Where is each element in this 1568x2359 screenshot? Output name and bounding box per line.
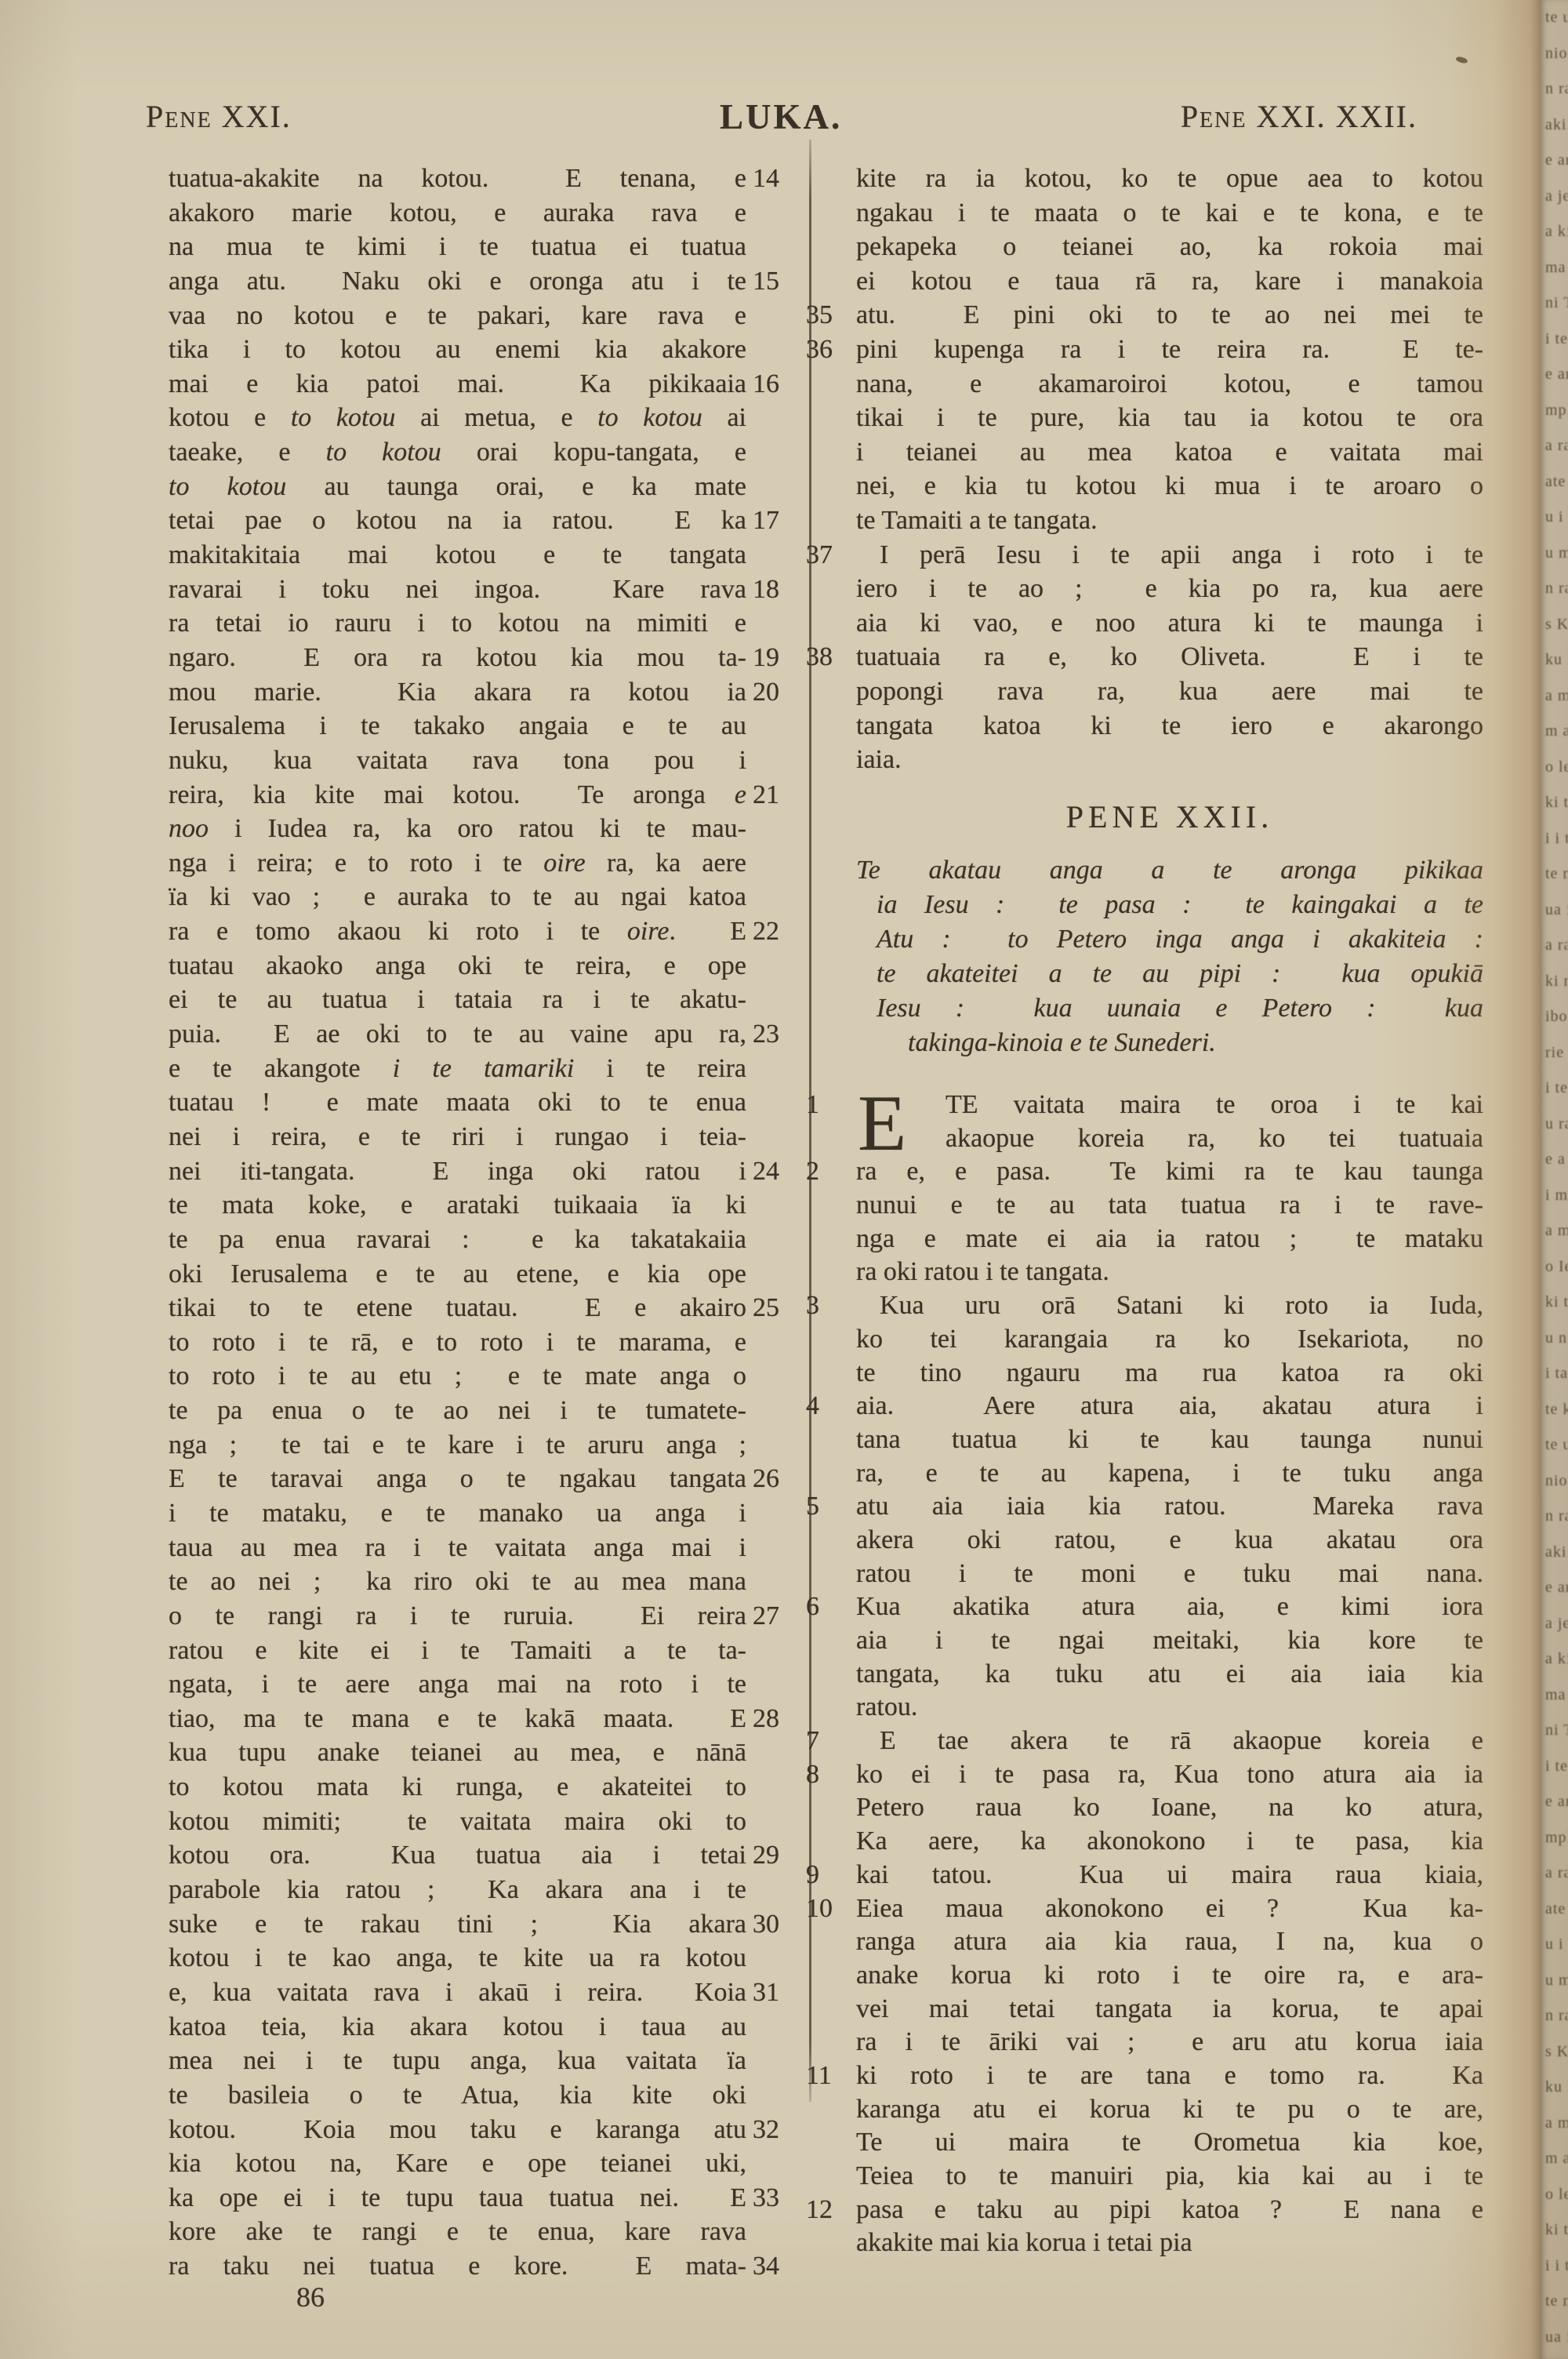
verse-number: 16 xyxy=(753,367,809,402)
text-line: ka ope ei i te tupu taua tuatua nei. E33 xyxy=(169,2181,746,2215)
fore-edge-text-fragment: u ra xyxy=(1540,1107,1568,1143)
verse-number: 31 xyxy=(753,1976,809,2010)
verse-number: 1 xyxy=(806,1089,845,1122)
text-line: anake korua ki roto i te oire ra, e ara- xyxy=(856,1959,1483,1993)
fore-edge-text-fragment: u i te xyxy=(1540,500,1568,536)
text-line: to roto i te au etu ; e te mate anga o xyxy=(169,1359,746,1394)
text-line: aia i te ngai meitaki, kia kore te xyxy=(856,1624,1483,1658)
verse-number: 38 xyxy=(806,640,845,674)
verse-number: 4 xyxy=(806,1390,845,1423)
verse-number: 19 xyxy=(753,641,809,675)
fore-edge-text-fragment: te m xyxy=(1540,2284,1568,2320)
fore-edge-text-fragment: a jera xyxy=(1540,179,1568,215)
verse-number: 7 xyxy=(806,1725,845,1758)
fore-edge-text-fragment: te m xyxy=(1540,856,1568,892)
text-line: reira, kia kite mai kotou. Te aronga e21 xyxy=(169,778,746,812)
fore-edge-text-fragment: te u xyxy=(1540,1427,1568,1463)
fore-edge-text-fragment: o le xyxy=(1540,750,1568,786)
verse-number: 10 xyxy=(806,1892,845,1926)
text-line: vei mai tetai tangata ia korua, te apai xyxy=(856,1993,1483,2026)
running-header-right: Pene XXI. XXII. xyxy=(1181,97,1417,136)
text-line: kotou mimiti; te vaitata maira oki to xyxy=(169,1805,746,1839)
text-line: oki Ierusalema e te au etene, e kia ope xyxy=(169,1257,746,1292)
text-line: iero i te ao ; e kia po ra, kua aere xyxy=(856,572,1483,606)
text-line: ki roto i te are tana e tomo ra. Ka11 xyxy=(856,2059,1483,2093)
verse-number: 32 xyxy=(753,2113,809,2147)
text-line: ngata, i te aere anga mai na roto i te xyxy=(169,1667,746,1702)
text-line: i te mataku, e te manako ua anga i xyxy=(169,1496,746,1531)
text-line: mea nei i te tupu anga, kua vaitata ïa xyxy=(169,2044,746,2078)
text-line: pekapeka o teianei ao, ka rokoia mai xyxy=(856,230,1483,264)
text-line: akakite mai kia korua i tetai pia xyxy=(856,2226,1483,2260)
text-line: ratou e kite ei i te Tamaiti a te ta- xyxy=(169,1634,746,1668)
text-line: te tino ngauru ma rua katoa ra oki xyxy=(856,1357,1483,1390)
text-line: na mua te kimi i te tuatua ei tuatua xyxy=(169,230,746,264)
fore-edge-text-fragment: a ra i xyxy=(1540,1856,1568,1892)
text-line: tana tuatua ki te kau taunga nunui xyxy=(856,1423,1483,1457)
fore-edge-text-fragment: m an xyxy=(1540,714,1568,750)
verse-number: 36 xyxy=(806,333,845,367)
text-line: ranga atura aia kia raua, I na, kua o xyxy=(856,1925,1483,1959)
fore-edge-text-fragment: aki. I xyxy=(1540,1535,1568,1571)
text-line: ra tetai io rauru i to kotou na mimiti e xyxy=(169,606,746,641)
verse-number: 20 xyxy=(753,675,809,710)
text-line: akaopue koreia ra, ko tei tuatuaia xyxy=(856,1122,1483,1156)
fore-edge-text-fragment: n ra xyxy=(1540,571,1568,607)
text-line: kotou ora. Kua tuatua aia i tetai29 xyxy=(169,1838,746,1873)
fore-edge-text-fragment: ki te xyxy=(1540,2212,1568,2248)
fore-edge-text-fragment: e ara xyxy=(1540,143,1568,179)
text-line: te pa enua ravarai : e ka takatakaiia xyxy=(169,1223,746,1257)
text-line: ra oki ratou i te tangata. xyxy=(856,1256,1483,1289)
fore-edge-text-fragment: e a xyxy=(1540,1142,1568,1178)
fore-edge-text-fragment: i ta xyxy=(1540,1356,1568,1392)
text-line: taeake, e to kotou orai kopu-tangata, e xyxy=(169,435,746,470)
fore-edge-text-fragment: ku k xyxy=(1540,642,1568,678)
fore-edge-text-fragment: ate a xyxy=(1540,1892,1568,1928)
text-line: karanga atu ei korua ki te pu o te are, xyxy=(856,2093,1483,2127)
text-line: suke e te rakau tini ; Kia akara30 xyxy=(169,1907,746,1942)
fore-edge-text-fragment: i te l xyxy=(1540,1749,1568,1785)
text-line: pini kupenga ra i te reira ra. E te-36 xyxy=(856,333,1483,367)
verse-number: 35 xyxy=(806,298,845,333)
text-line: nana, e akamaroiroi kotou, e tamou xyxy=(856,367,1483,402)
verse-number: 27 xyxy=(753,1599,809,1634)
text-line: ratou. xyxy=(856,1691,1483,1725)
fore-edge-text-fragment: n ra t xyxy=(1540,71,1568,107)
verse-number: 11 xyxy=(806,2059,845,2093)
text-line: popongi rava ra, kua aere mai te xyxy=(856,674,1483,709)
text-line: nei i reira, e te riri i rungao i teia- xyxy=(169,1120,746,1154)
facing-page-edge: te unioun ra taki. Ie araa jeraa kiama r… xyxy=(1540,0,1568,2359)
fore-edge-text-fragment: ni T xyxy=(1540,1713,1568,1749)
verse-number: 22 xyxy=(753,914,809,949)
fore-edge-text-fragment: a ra xyxy=(1540,928,1568,964)
text-line: akera oki ratou, e kua akatau ora xyxy=(856,1524,1483,1558)
text-line: tuatau ! e mate maata oki to te enua xyxy=(169,1085,746,1120)
fore-edge-text-fragment: a kia xyxy=(1540,214,1568,250)
text-line: kia kotou na, Kare e ope teianei uki, xyxy=(169,2146,746,2181)
text-line: noo i Iudea ra, ka oro ratou ki te mau- xyxy=(169,812,746,846)
text-line: te pa enua o te ao nei i te tumatete- xyxy=(169,1394,746,1428)
text-line: ra i te āriki vai ; e aru atu korua iaia xyxy=(856,2026,1483,2059)
text-line: tangata, ka tuku atu ei aia iaia kia xyxy=(856,1658,1483,1692)
text-line: nga i reira; e to roto i te oire ra, ka … xyxy=(169,846,746,881)
fore-edge-text-fragment: s Kia xyxy=(1540,2034,1568,2070)
fore-edge-text-fragment: i te l xyxy=(1540,322,1568,358)
fore-edge-text-fragment: rie xyxy=(1540,1035,1568,1071)
text-line: tuatau akaoko anga oki te reira, e ope xyxy=(169,949,746,983)
verse-number: 25 xyxy=(753,1291,809,1325)
text-line: kore ake te rangi e te enua, kare rava xyxy=(169,2215,746,2249)
text-line: ravarai i toku nei ingoa. Kare rava18 xyxy=(169,572,746,607)
verse-number: 34 xyxy=(753,2249,809,2284)
text-line: te akateitei a te au pipi : kua opukiā xyxy=(856,957,1483,991)
text-line: ko ei i te pasa ra, Kua tono atura aia i… xyxy=(856,1758,1483,1792)
verse-number: 12 xyxy=(806,2194,845,2227)
fore-edge-text-fragment: ua i xyxy=(1540,2320,1568,2356)
fore-edge-text-fragment: u me xyxy=(1540,1963,1568,1999)
text-line: ratou i te moni e tuku mai nana. xyxy=(856,1558,1483,1591)
text-line: vaa no kotou e te pakari, kare rava e xyxy=(169,299,746,333)
text-line: taua au mea ra i te vaitata anga mai i xyxy=(169,1531,746,1565)
fore-edge-text-fragment: ma r xyxy=(1540,1677,1568,1714)
text-line: nei, e kia tu kotou ki mua i te aroaro o xyxy=(856,469,1483,503)
text-line: ra e tomo akaou ki roto i te oire. E22 xyxy=(169,914,746,949)
text-line: to kotou mata ki runga, e akateitei to xyxy=(169,1770,746,1805)
text-line: tikai i te pure, kia tau ia kotou te ora xyxy=(856,401,1483,435)
fore-edge-text-fragment: te k xyxy=(1540,1392,1568,1428)
fore-edge-text-fragment: e ame xyxy=(1540,1784,1568,1820)
fore-edge-text-fragment: s Kia xyxy=(1540,607,1568,643)
fore-edge-text-fragment: ate a xyxy=(1540,464,1568,500)
text-line: Teiea to te manuiri pia, kia kai au i te xyxy=(856,2160,1483,2194)
text-line: tika i to kotou au enemi kia akakore xyxy=(169,333,746,367)
text-line: anga atu. Naku oki e oronga atu i te15 xyxy=(169,264,746,299)
text-line: nei iti-tangata. E inga oki ratou i24 xyxy=(169,1154,746,1189)
text-line: nga ; te tai e te kare i te aruru anga ; xyxy=(169,1428,746,1463)
text-line: pasa e taku au pipi katoa ? E nana e12 xyxy=(856,2194,1483,2227)
fore-edge-text-fragment: i i ta xyxy=(1540,821,1568,857)
text-line: parabole kia ratou ; Ka akara ana i te xyxy=(169,1873,746,1907)
verse-number: 21 xyxy=(753,778,809,812)
verse-number: 17 xyxy=(753,503,809,538)
fore-edge-text-fragment: u i te xyxy=(1540,1927,1568,1963)
fore-edge-text-fragment: ku k xyxy=(1540,2070,1568,2106)
text-line: to roto i te rā, e to roto i te marama, … xyxy=(169,1325,746,1360)
running-header-left: Pene XXI. xyxy=(146,97,292,136)
fore-edge-text-fragment: a mo xyxy=(1540,678,1568,714)
text-line: te Tamaiti a te tangata. xyxy=(856,503,1483,538)
text-line: mai e kia patoi mai. Ka pikikaaia16 xyxy=(169,367,746,402)
verse-number: 18 xyxy=(753,572,809,607)
fore-edge-text-fragment: niou xyxy=(1540,36,1568,72)
book-page: Pene XXI. LUKA. Pene XXI. XXII. tuatua-a… xyxy=(0,0,1568,2359)
text-line: nunui e te au tata tuatua ra i te rave- xyxy=(856,1189,1483,1223)
fore-edge-text-fragment: a ra i xyxy=(1540,428,1568,464)
fore-edge-text-fragment: o le xyxy=(1540,2177,1568,2213)
text-line: tiao, ma te mana e te kakā maata. E28 xyxy=(169,1702,746,1736)
fore-edge-text-fragment: u n xyxy=(1540,1321,1568,1357)
text-line: ko tei karangaia ra ko Isekariota, no xyxy=(856,1323,1483,1357)
text-line: atu aia iaia kia ratou. Mareka rava5 xyxy=(856,1490,1483,1524)
fore-edge-text-fragment: ma r xyxy=(1540,250,1568,286)
text-line: kotou i te kao anga, te kite ua ra kotou xyxy=(169,1941,746,1976)
verse-number: 15 xyxy=(753,264,809,299)
text-line: ra e, e pasa. Te kimi ra te kau taunga2 xyxy=(856,1155,1483,1189)
fore-edge-text-fragment: a mo xyxy=(1540,2106,1568,2142)
fore-edge-text-fragment: ki te xyxy=(1540,785,1568,821)
text-line: te ao nei ; ka riro oki te au mea mana xyxy=(169,1565,746,1599)
text-line: Ierusalema i te takako angaia e te au xyxy=(169,709,746,743)
text-line: I perā Iesu i te apii anga i roto i te37 xyxy=(856,538,1483,572)
chapter-summary-italic: Te akatau anga a te aronga pikikaaia Ies… xyxy=(856,853,1483,1060)
ink-fleck xyxy=(1455,56,1468,64)
text-line: atu. E pini oki to te ao nei mei te35 xyxy=(856,298,1483,333)
text-line: e te akangote i te tamariki i te reira xyxy=(169,1052,746,1086)
chapter22-verse-text: TE vaitata maira te oroa i te kai1Eakaop… xyxy=(856,1089,1483,2260)
text-line: kai tatou. Kua ui maira raua kiaia,9 xyxy=(856,1859,1483,1892)
text-line: Iesu : kua uunaia e Petero : kua xyxy=(856,991,1483,1026)
text-line: ïa ki vao ; e auraka to te au ngai katoa xyxy=(169,880,746,914)
text-column-left: tuatua-akakite na kotou. E tenana, e14ak… xyxy=(169,162,746,2284)
verse-number: 5 xyxy=(806,1490,845,1524)
text-line: ei te au tuatua i tataia ra i te akatu- xyxy=(169,983,746,1017)
verse-number: 28 xyxy=(753,1702,809,1736)
fore-edge-text-fragment: niou xyxy=(1540,1463,1568,1499)
fore-edge-text-fragment: ni T xyxy=(1540,285,1568,322)
fore-edge-text-fragment: i m xyxy=(1540,1178,1568,1214)
fore-edge-text-fragment: e ara xyxy=(1540,1570,1568,1606)
text-line: E tae akera te rā akaopue koreia e7 xyxy=(856,1725,1483,1758)
text-line: nga e mate ei aia ia ratou ; te mataku xyxy=(856,1223,1483,1256)
text-line: E te taravai anga o te ngakau tangata26 xyxy=(169,1462,746,1496)
text-line: tangata katoa ki te iero e akarongo xyxy=(856,709,1483,743)
text-line: aia ki vao, e noo atura ki te maunga i xyxy=(856,606,1483,641)
text-line: i teianei au mea katoa e vaitata mai xyxy=(856,435,1483,470)
fore-edge-text-fragment: ki t xyxy=(1540,1285,1568,1321)
fore-edge-text-fragment: ua i xyxy=(1540,892,1568,929)
text-line: ei kotou e taua rā ra, kare i manakoia xyxy=(856,264,1483,299)
text-line: kotou e to kotou ai metua, e to kotou ai xyxy=(169,401,746,435)
text-line: Kua uru orā Satani ki roto ia Iuda,3 xyxy=(856,1289,1483,1323)
verse-number: 37 xyxy=(806,538,845,572)
text-line: tuatua-akakite na kotou. E tenana, e14 xyxy=(169,162,746,196)
text-line: kite ra ia kotou, ko te opue aea to koto… xyxy=(856,162,1483,196)
fore-edge-text-fragment: u me xyxy=(1540,536,1568,572)
text-line: te mata koke, e arataki tuikaaia ïa ki xyxy=(169,1188,746,1223)
text-line: TE vaitata maira te oroa i te kai1E xyxy=(856,1089,1483,1122)
text-line: ia Iesu : te pasa : te kaingakai a te xyxy=(856,888,1483,922)
text-line: nuku, kua vaitata rava tona pou i xyxy=(169,743,746,778)
text-line: tetai pae o kotou na ia ratou. E ka17 xyxy=(169,503,746,538)
fore-edge-text-fragment: n ra t xyxy=(1540,1499,1568,1535)
page-number: 86 xyxy=(278,2281,343,2314)
text-line: Eiea maua akonokono ei ? Kua ka-10 xyxy=(856,1892,1483,1926)
text-line: takinga-kinoia e te Sunederi. xyxy=(856,1026,1483,1060)
fore-edge-text-fragment: a kia xyxy=(1540,1641,1568,1677)
text-line: kotou. Koia mou taku e karanga atu32 xyxy=(169,2113,746,2147)
text-line: o te rangi ra i te ruruia. Ei reira27 xyxy=(169,1599,746,1634)
text-line: makitakitaia mai kotou e te tangata xyxy=(169,538,746,572)
fore-edge-text-fragment: aki. I xyxy=(1540,107,1568,144)
text-line: ra taku nei tuatua e kore. E mata-34 xyxy=(169,2249,746,2284)
text-line: Petero raua ko Ioane, na ko atura, xyxy=(856,1791,1483,1825)
fore-edge-text-fragment: a jera xyxy=(1540,1606,1568,1642)
fore-edge-text-fragment: i te xyxy=(1540,1070,1568,1107)
text-line: mou marie. Kia akara ra kotou ia20 xyxy=(169,675,746,710)
text-line: Te akatau anga a te aronga pikikaa xyxy=(856,853,1483,888)
text-line: Te ui maira te Orometua kia koe, xyxy=(856,2126,1483,2160)
text-line: ngaro. E ora ra kotou kia mou ta-19 xyxy=(169,641,746,675)
text-line: Kua akatika atura aia, e kimi iora6 xyxy=(856,1590,1483,1624)
verse-number: 30 xyxy=(753,1907,809,1942)
fore-edge-text-fragment: m an xyxy=(1540,2141,1568,2177)
verse-number: 14 xyxy=(753,162,809,196)
verse-number: 2 xyxy=(806,1155,845,1189)
text-line: iaia. xyxy=(856,743,1483,777)
fore-edge-text-fragment: ki m xyxy=(1540,964,1568,1000)
running-header-title: LUKA. xyxy=(720,97,842,136)
verse-number: 23 xyxy=(753,1017,809,1052)
verse-number: 26 xyxy=(753,1462,809,1496)
fore-edge-text-fragment: i i ta xyxy=(1540,2248,1568,2284)
chapter-heading: PENE XXII. xyxy=(856,800,1483,834)
verse-number: 8 xyxy=(806,1758,845,1792)
verse-number: 33 xyxy=(753,2181,809,2215)
text-line: ngakau i te maata o te kai e te kona, e … xyxy=(856,196,1483,231)
verse-number: 9 xyxy=(806,1859,845,1892)
fore-edge-text-fragment: mpk xyxy=(1540,393,1568,429)
chapter21-continuation-text: kite ra ia kotou, ko te opue aea to koto… xyxy=(856,162,1483,777)
text-line: tuatuaia ra e, ko Oliveta. E i te38 xyxy=(856,640,1483,674)
text-line: puia. E ae oki to te au vaine apu ra,23 xyxy=(169,1017,746,1052)
verse-number: 24 xyxy=(753,1154,809,1189)
text-line: Ka aere, ka akonokono i te pasa, kia xyxy=(856,1825,1483,1859)
verse-number: 6 xyxy=(806,1590,845,1624)
text-line: katoa teia, kia akara kotou i taua au xyxy=(169,2010,746,2045)
text-line: to kotou au taunga orai, e ka mate xyxy=(169,470,746,504)
text-line: akakoro marie kotou, e auraka rava e xyxy=(169,196,746,231)
fore-edge-text-fragment: mpk xyxy=(1540,1820,1568,1856)
text-line: ra, e te au kapena, i te tuku anga xyxy=(856,1457,1483,1491)
fore-edge-text-fragment: n ra xyxy=(1540,1998,1568,2034)
text-line: tikai to te etene tuatau. E e akairo25 xyxy=(169,1291,746,1325)
text-line: Atu : to Petero inga anga i akakiteia : xyxy=(856,922,1483,957)
fore-edge-text-fragment: te u xyxy=(1540,0,1568,36)
verse-number: 3 xyxy=(806,1289,845,1323)
text-line: aia. Aere atura aia, akatau atura i4 xyxy=(856,1390,1483,1423)
fore-edge-text-fragment: o Ie xyxy=(1540,1249,1568,1285)
text-line: te basileia o te Atua, kia kite oki xyxy=(169,2078,746,2113)
fore-edge-text-fragment: a mo xyxy=(1540,1213,1568,1249)
fore-edge-text-fragment: ibo xyxy=(1540,999,1568,1035)
fore-edge-text-fragment: e ame xyxy=(1540,357,1568,393)
text-line: e, kua vaitata rava i akaū i reira. Koia… xyxy=(169,1976,746,2010)
text-line: kua tupu anake teianei au mea, e nānā xyxy=(169,1736,746,1770)
verse-number: 29 xyxy=(753,1838,809,1873)
